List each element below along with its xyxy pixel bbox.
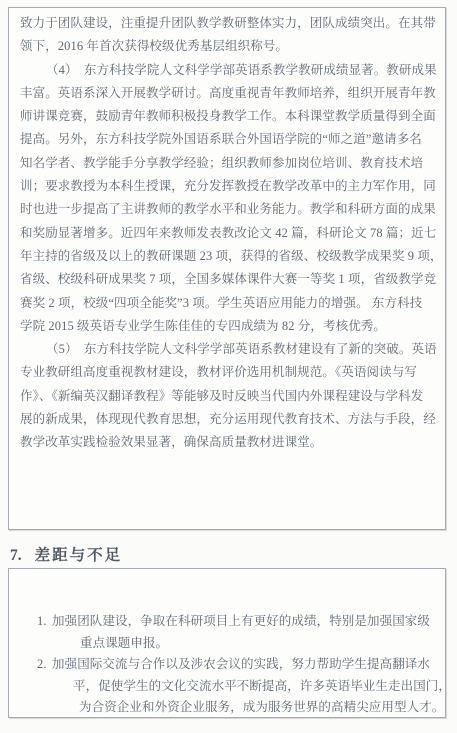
list-item: 2.加强国际交流与合作以及涉农会议的实践，努力帮助学生提高翻译水 (37, 654, 445, 676)
text-line: 知名学者、教学能手分享教学经验；组织教师参加岗位培训、教育技术培 (20, 152, 436, 175)
section-title: 差距与不足 (35, 547, 123, 564)
text-line: 省级、校级科研成果奖 7 项，全国多媒体课件大赛一等奖 1 项，省级教学竞 (20, 268, 436, 291)
text-line: 提高。另外，东方科技学院外国语系联合外国语学院的“师之道”邀请多名 (20, 128, 436, 151)
scanned-document-page: 致力于团队建设，注重提升团队教学教研整体实力，团队成绩突出。在其带 领下，201… (0, 0, 457, 733)
list-item-line: 加强团队建设，争取在科研项目上有更好的成绩，特别是加强国家级 (52, 614, 430, 628)
list-item-line: 为合资企业和外资企业服务，成为服务世界的高精尖应用型人才。 (79, 697, 445, 718)
text-line: 师讲课竞赛，鼓励青年教师积极投身教学工作。本科课堂教学质量得到全面 (20, 105, 436, 128)
text-line: 年主持的省级及以上的教研课题 23 项，获得的省级、校级教学成果奖 9 项， (20, 245, 436, 268)
text-line: 时也进一步提高了主讲教师的教学水平和业务能力。教学和科研方面的成果 (20, 198, 436, 221)
list-item-line: 平，促使学生的文化交流水平不断提高，许多英语毕业生走出国门， (73, 676, 445, 698)
text-line: 展的新成果，体现现代教育思想，充分运用现代教育技术、方法与手段，经 (20, 408, 436, 431)
text-line: 丰富。英语系深入开展教学研讨。高度重视青年教师培养，组织开展青年教 (20, 82, 436, 105)
text-line: 训；要求教授为本科生授课，充分发挥教授在教学改革中的主力军作用，同 (20, 175, 436, 198)
text-line: 致力于团队建设，注重提升团队教学教研整体实力，团队成绩突出。在其带 (20, 12, 436, 35)
text-line: 作》、《新编英汉翻译教程》等能够及时反映当代国内外课程建设与学科发 (20, 385, 436, 408)
text-line: 赛奖 2 项，校级“四项全能奖”3 项。学生英语应用能力的增强。 东方科技 (20, 292, 436, 315)
deficiencies-box: 1.加强团队建设，争取在科研项目上有更好的成绩，特别是加强国家级 重点课题申报。… (8, 568, 446, 718)
text-line: 和奖励显著增多。近四年来教师发表教改论文 42 篇，科研论文 78 篇；近七 (20, 222, 436, 245)
text-line: （5） 东方科技学院人文科学学部英语系教材建设有了新的突破。英语 (20, 338, 436, 361)
text-line: 领下，2016 年首次获得校级优秀基层组织称号。 (20, 35, 436, 58)
section-number: 7. (10, 547, 22, 564)
list-item-line: 重点课题申报。 (80, 633, 445, 655)
text-line: 专业教研组高度重视教材建设，教材评价选用机制规范。《英语阅读与写 (20, 361, 436, 384)
text-line: （4） 东方科技学院人文科学学部英语系教学教研成绩显著。教研成果 (20, 59, 436, 82)
list-item-line: 加强国际交流与合作以及涉农会议的实践，努力帮助学生提高翻译水 (52, 657, 430, 671)
text-line: 学院 2015 级英语专业学生陈佳佳的专四成绩为 82 分，考核优秀。 (20, 315, 436, 338)
achievements-continuation-box: 致力于团队建设，注重提升团队教学教研整体实力，团队成绩突出。在其带 领下，201… (8, 7, 446, 530)
text-line: 教学改革实践检验效果显著，确保高质量教材进课堂。 (20, 431, 436, 454)
list-item-number: 1. (37, 611, 52, 633)
list-item-number: 2. (37, 654, 52, 676)
section-heading: 7.差距与不足 (10, 543, 122, 565)
list-item: 1.加强团队建设，争取在科研项目上有更好的成绩，特别是加强国家级 (37, 611, 445, 633)
